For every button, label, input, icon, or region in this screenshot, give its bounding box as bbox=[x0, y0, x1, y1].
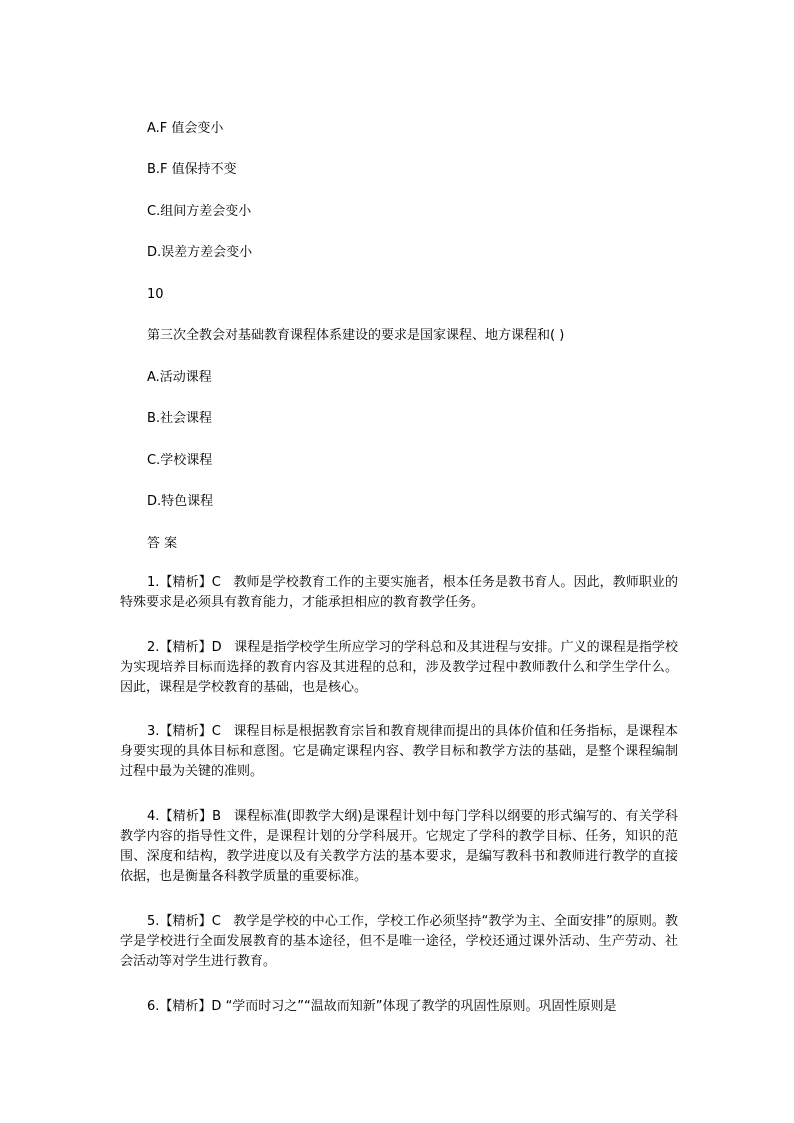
q10-stem: 第三次全教会对基础教育课程体系建设的要求是国家课程、地方课程和( ) bbox=[147, 328, 564, 344]
answer-5: 5.【精析】C 教学是学校的中心工作，学校工作必须坚持“教学为主、全面安排”的原… bbox=[120, 912, 678, 972]
answer-6-text: “学而时习之”“温故而知新”体现了教学的巩固性原则。巩固性原则是 bbox=[226, 999, 617, 1014]
answers-heading: 答 案 bbox=[147, 536, 177, 552]
answer-4-label: 4.【精析】B bbox=[147, 809, 221, 824]
q9-option-a: A.F 值会变小 bbox=[147, 121, 223, 137]
answer-3-label: 3.【精析】C bbox=[147, 724, 221, 739]
answer-3: 3.【精析】C 课程目标是根据教育宗旨和教育规律而提出的具体价值和任务指标，是课… bbox=[120, 722, 678, 782]
q10-number: 10 bbox=[147, 287, 164, 303]
q9-option-b: B.F 值保持不变 bbox=[147, 162, 237, 178]
q9-option-c: C.组间方差会变小 bbox=[147, 204, 251, 220]
document-page: A.F 值会变小 B.F 值保持不变 C.组间方差会变小 D.误差方差会变小 1… bbox=[0, 0, 794, 1123]
answer-6-label: 6.【精析】D bbox=[147, 999, 221, 1014]
q10-option-b: B.社会课程 bbox=[147, 411, 212, 427]
answer-1: 1.【精析】C 教师是学校教育工作的主要实施者，根本任务是教书育人。因此，教师职… bbox=[120, 573, 678, 613]
answer-6: 6.【精析】D “学而时习之”“温故而知新”体现了教学的巩固性原则。巩固性原则是 bbox=[120, 997, 678, 1017]
q10-option-d: D.特色课程 bbox=[147, 494, 213, 510]
q10-option-a: A.活动课程 bbox=[147, 370, 212, 386]
answer-2: 2.【精析】D 课程是指学校学生所应学习的学科总和及其进程与安排。广义的课程是指… bbox=[120, 638, 678, 698]
answer-4: 4.【精析】B 课程标准(即教学大纲)是课程计划中每门学科以纲要的形式编写的、有… bbox=[120, 807, 678, 887]
answer-5-label: 5.【精析】C bbox=[147, 914, 221, 929]
answer-2-label: 2.【精析】D bbox=[147, 640, 222, 655]
answer-1-label: 1.【精析】C bbox=[147, 575, 221, 590]
q9-option-d: D.误差方差会变小 bbox=[147, 245, 252, 261]
q10-option-c: C.学校课程 bbox=[147, 453, 212, 469]
